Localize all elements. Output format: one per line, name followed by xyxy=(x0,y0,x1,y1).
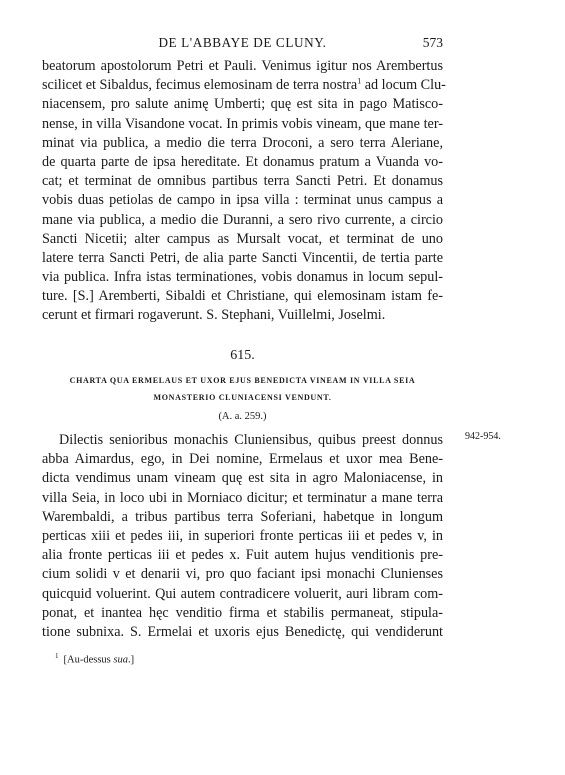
text-line: dicta vendimus unam vineam quę est sita … xyxy=(42,469,443,488)
charter-date: (A. a. 259.) xyxy=(42,411,443,422)
text-line: via publica. Infra istas terminationes, … xyxy=(42,268,443,287)
text-line: Dilectis senioribus monachis Cluniensibu… xyxy=(42,431,443,450)
charter-paragraph: Dilectis senioribus monachis Cluniensibu… xyxy=(42,431,443,642)
text-line: minat via publica, a medio die terra Dro… xyxy=(42,134,443,153)
text-line: cium solidi v et denarii vi, pro quo fac… xyxy=(42,565,443,584)
text-line: ponat, et inantea hęc venditio firma et … xyxy=(42,604,443,623)
text-line: de quarta parte de ipsa hereditate. Et d… xyxy=(42,153,443,172)
text-line: vobis duas petiolas de campo in ipsa vil… xyxy=(42,191,443,210)
text-line: Warembaldi, a tribus partibus terra Sofe… xyxy=(42,508,443,527)
footnote-mark: 1 xyxy=(55,652,59,660)
text-line: mane via publica, a medio die Duranni, a… xyxy=(42,211,443,230)
paragraph-continued: beatorum apostolorum Petri et Pauli. Ven… xyxy=(42,57,443,326)
running-head: DE L'ABBAYE DE CLUNY. 573 xyxy=(42,35,443,53)
charter-title-line: MONASTERIO CLUNIACENSI VENDUNT. xyxy=(42,389,443,406)
running-title: DE L'ABBAYE DE CLUNY. xyxy=(42,35,443,51)
text-line: perticas xiii et pedes iii, in superiori… xyxy=(42,527,443,546)
text-line: niacensem, pro salute animę Umberti; quę… xyxy=(42,95,443,114)
text-line: cat; et terminat de omnibus partibus ter… xyxy=(42,172,443,191)
text-line: Sancti Nicetii; alter campus as Mursalt … xyxy=(42,230,443,249)
text-line: villa Seia, in loco ubi in Morniaco dici… xyxy=(42,489,443,508)
charter-title-line: CHARTA QUA ERMELAUS ET UXOR EJUS BENEDIC… xyxy=(42,372,443,389)
book-page: DE L'ABBAYE DE CLUNY. 573 beatorum apost… xyxy=(0,0,565,775)
text-line: abba Aimardus, ego, in Dei nomine, Ermel… xyxy=(42,450,443,469)
text-line: beatorum apostolorum Petri et Pauli. Ven… xyxy=(42,57,443,76)
text-line: cerunt et firmari rogaverunt. S. Stephan… xyxy=(42,306,443,325)
text-line: latere terra Sancti Petri, de alia parte… xyxy=(42,249,443,268)
text-line: nense, in villa Visandone vocat. In prim… xyxy=(42,115,443,134)
text-line: scilicet et Sibaldus, fecimus elemosinam… xyxy=(42,76,443,95)
text-line: ture. [S.] Aremberti, Sibaldi et Christi… xyxy=(42,287,443,306)
text-line: tione subnixa. S. Ermelai et uxoris ejus… xyxy=(42,623,443,642)
charter-number: 615. xyxy=(42,348,443,364)
text-line: quicquid voluerint. Qui autem contradice… xyxy=(42,585,443,604)
footnote: 1[Au-dessus sua.] xyxy=(55,652,134,666)
margin-date-note: 942-954. xyxy=(465,431,501,442)
charter-title: CHARTA QUA ERMELAUS ET UXOR EJUS BENEDIC… xyxy=(42,372,443,406)
page-number: 573 xyxy=(423,35,443,51)
text-line: alia fronte perticas iii et pedes x. Fui… xyxy=(42,546,443,565)
